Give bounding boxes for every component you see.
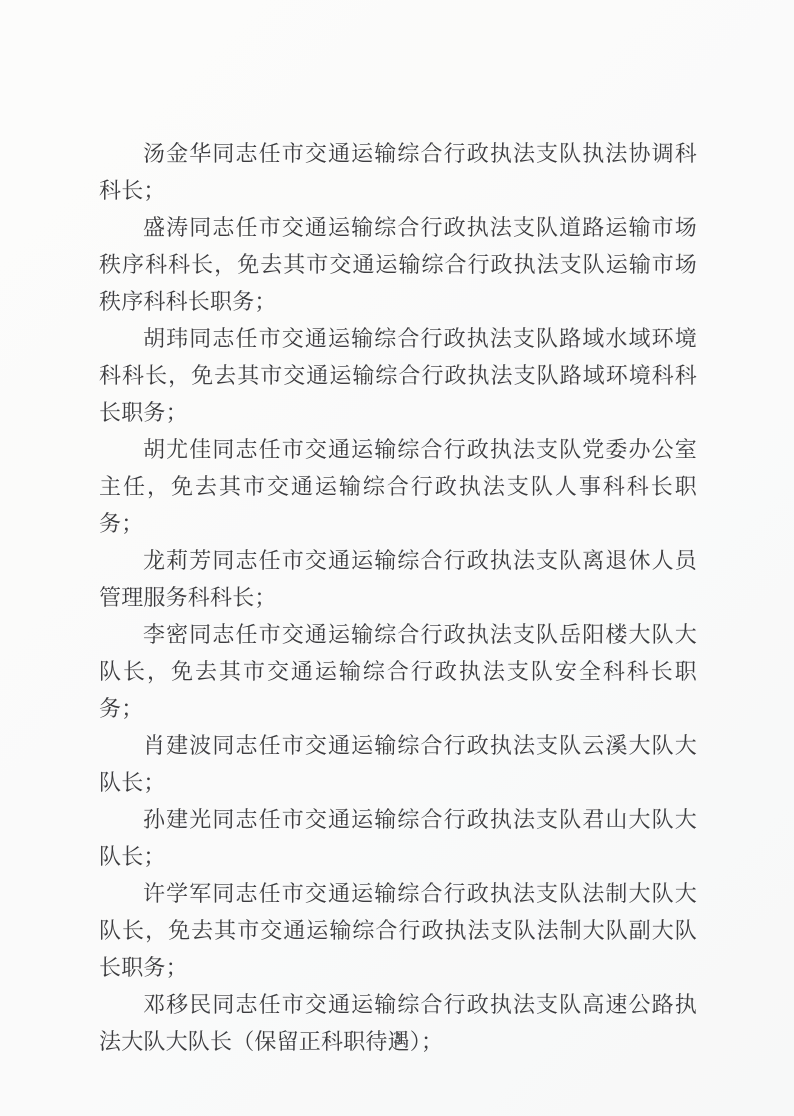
document-body: 汤金华同志任市交通运输综合行政执法支队执法协调科科长； 盛涛同志任市交通运输综合… bbox=[99, 135, 697, 1060]
document-page: 汤金华同志任市交通运输综合行政执法支队执法协调科科长； 盛涛同志任市交通运输综合… bbox=[0, 0, 794, 1116]
document-paragraph: 邓移民同志任市交通运输综合行政执法支队高速公路执法大队大队长（保留正科职待遇）； bbox=[99, 986, 697, 1060]
document-paragraph: 胡尤佳同志任市交通运输综合行政执法支队党委办公室主任，免去其市交通运输综合行政执… bbox=[99, 431, 697, 542]
document-paragraph: 胡玮同志任市交通运输综合行政执法支队路域水域环境科科长，免去其市交通运输综合行政… bbox=[99, 320, 697, 431]
page-number: 3 bbox=[0, 1030, 794, 1048]
document-paragraph: 许学军同志任市交通运输综合行政执法支队法制大队大队长，免去其市交通运输综合行政执… bbox=[99, 875, 697, 986]
document-paragraph: 孙建光同志任市交通运输综合行政执法支队君山大队大队长； bbox=[99, 801, 697, 875]
document-paragraph: 盛涛同志任市交通运输综合行政执法支队道路运输市场秩序科科长，免去其市交通运输综合… bbox=[99, 209, 697, 320]
document-paragraph: 龙莉芳同志任市交通运输综合行政执法支队离退休人员管理服务科科长； bbox=[99, 542, 697, 616]
document-paragraph: 李密同志任市交通运输综合行政执法支队岳阳楼大队大队长，免去其市交通运输综合行政执… bbox=[99, 616, 697, 727]
document-paragraph: 肖建波同志任市交通运输综合行政执法支队云溪大队大队长； bbox=[99, 727, 697, 801]
document-paragraph: 汤金华同志任市交通运输综合行政执法支队执法协调科科长； bbox=[99, 135, 697, 209]
